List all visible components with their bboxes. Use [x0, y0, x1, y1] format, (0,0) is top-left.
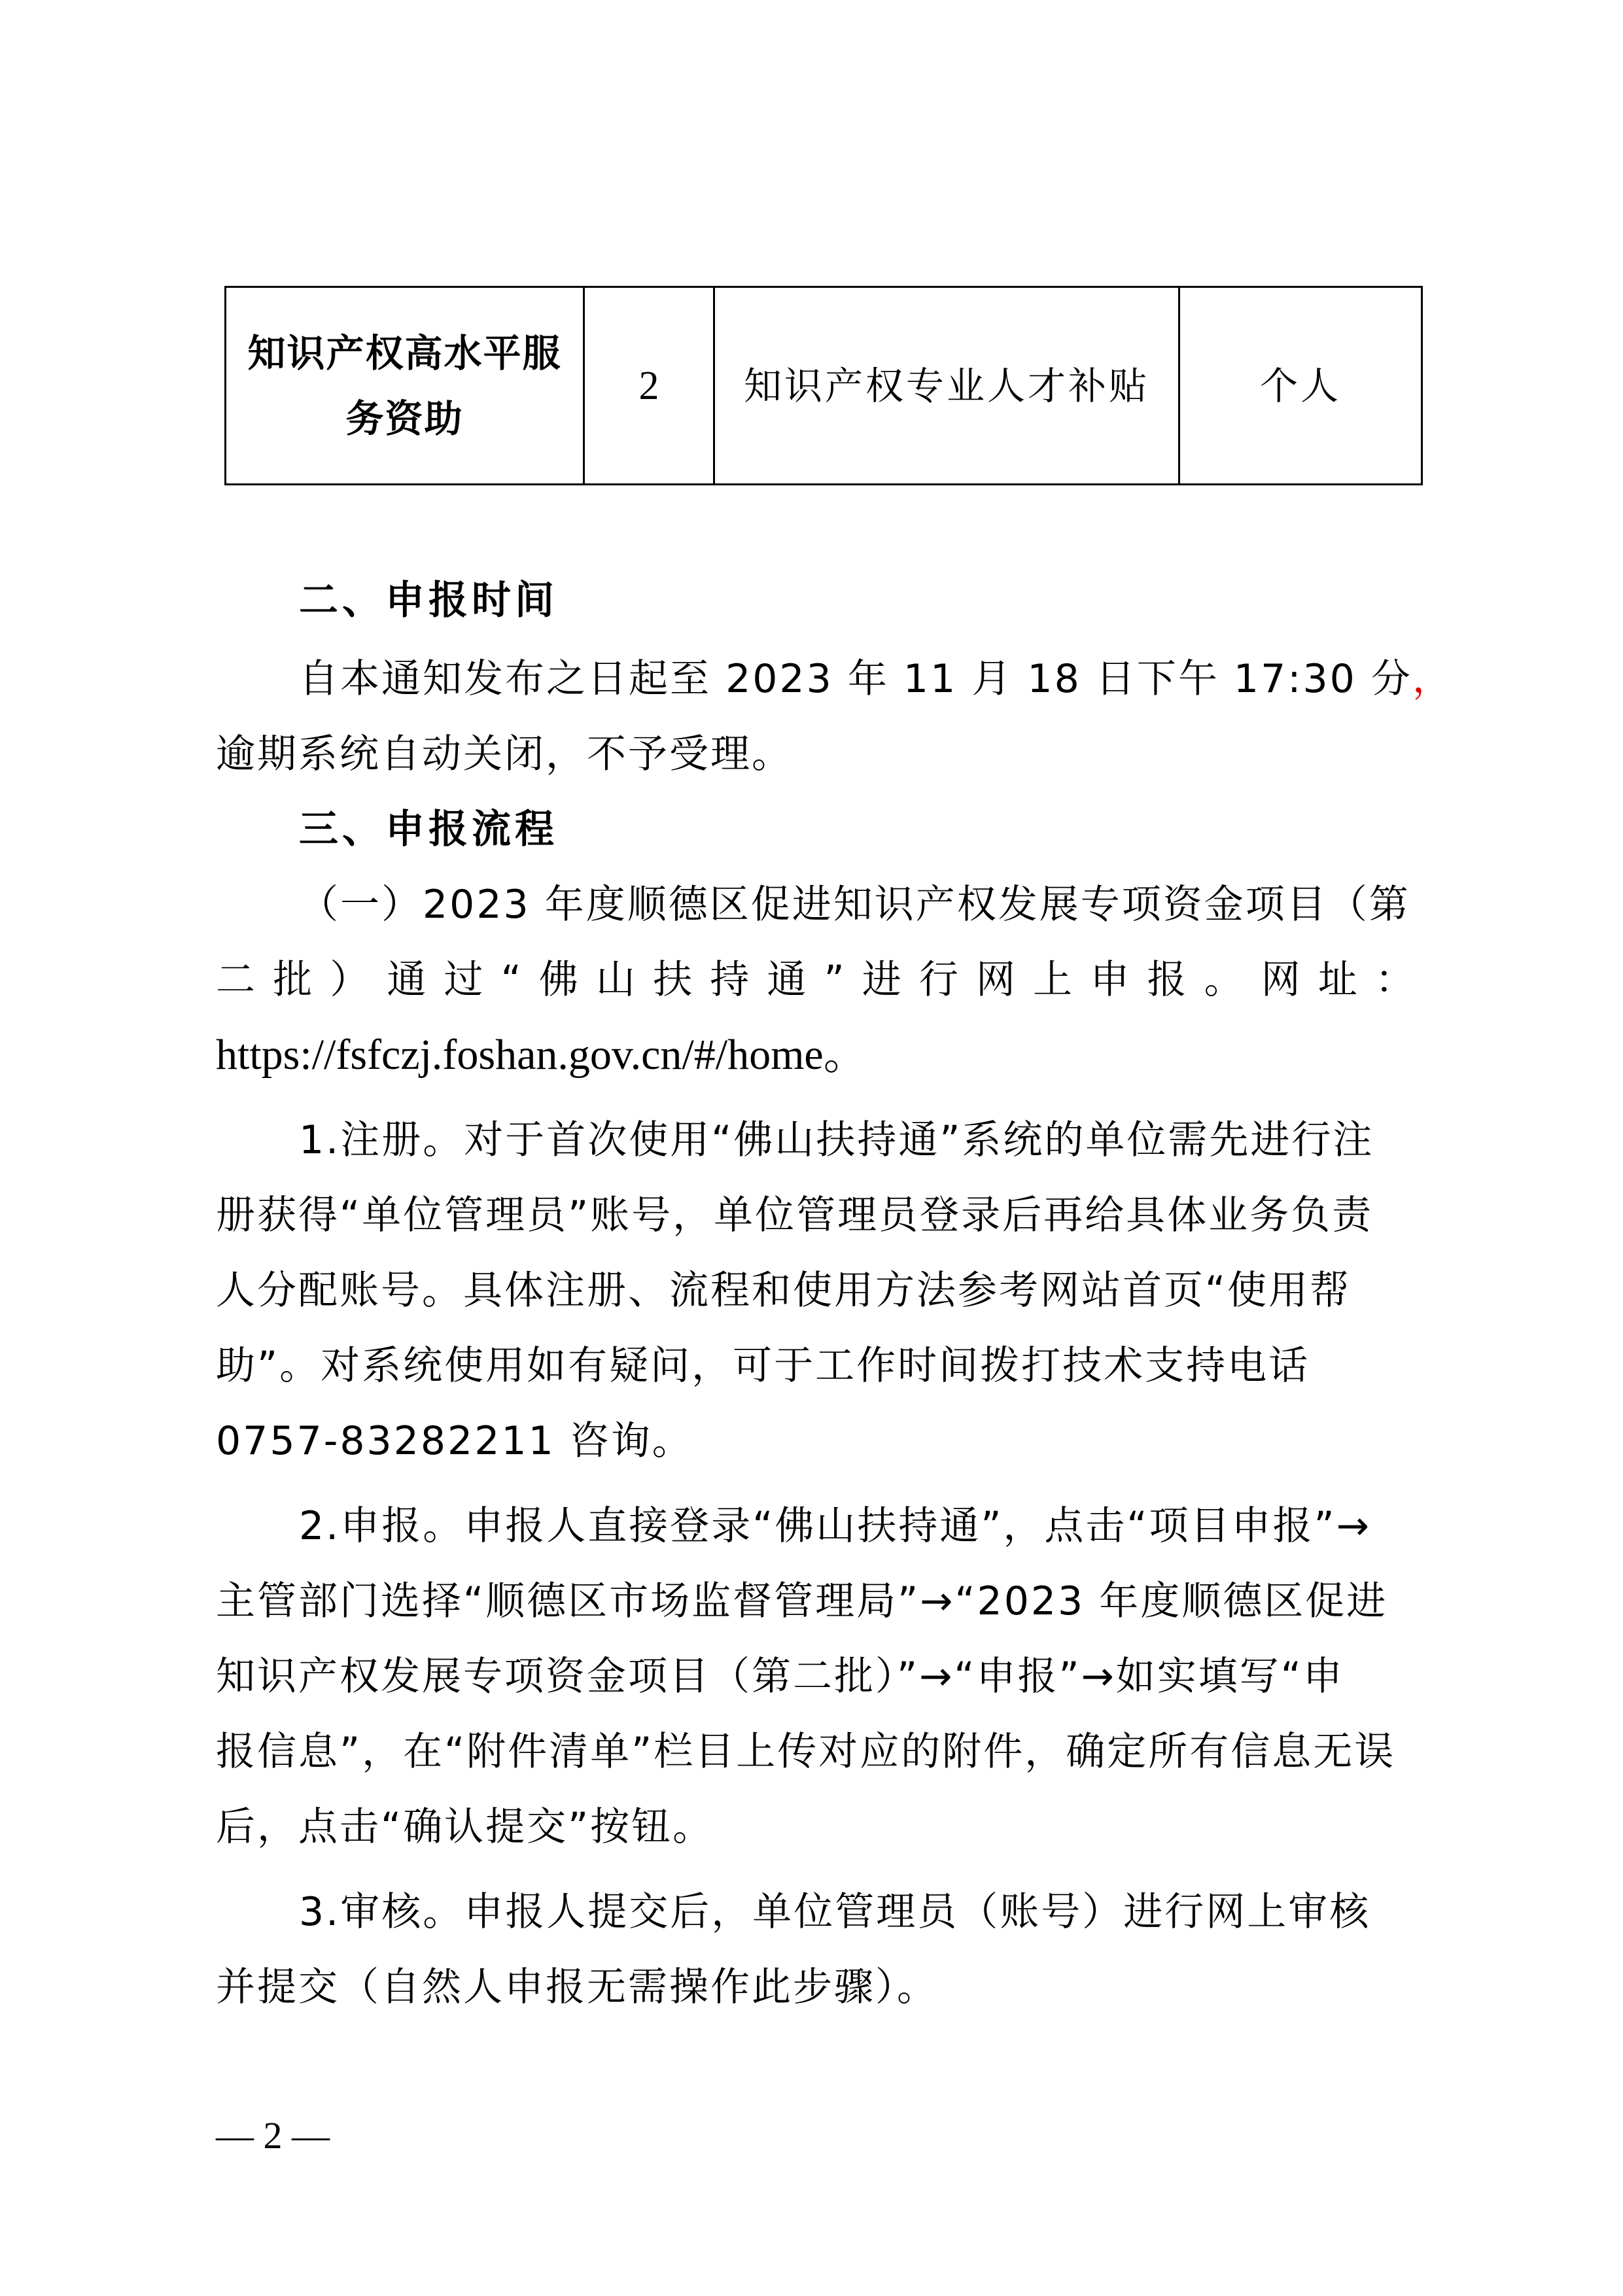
section-heading-application-time: 二、申报时间: [299, 574, 1416, 627]
paragraph-line: 二批）通过“佛山扶持通”进行网上申报。网址：: [216, 954, 1416, 1006]
support-phone-line: 0757-83282211 咨询。: [216, 1415, 1416, 1467]
paragraph-line: 人分配账号。具体注册、流程和使用方法参考网站首页“使用帮: [216, 1264, 1416, 1317]
table-cell-number: 2: [584, 287, 714, 485]
paragraph-line: 主管部门选择“顺德区市场监督管理局”→“2023 年度顺德区促进: [216, 1575, 1416, 1627]
table-cell-category: 知识产权高水平服 务资助: [226, 287, 584, 485]
paragraph-line: 报信息”，在“附件清单”栏目上传对应的附件，确定所有信息无误: [216, 1726, 1416, 1778]
table-row: 知识产权高水平服 务资助 2 知识产权专业人才补贴 个人: [226, 287, 1422, 485]
deadline-text: 自本通知发布之日起至 2023 年 11 月 18 日下午 17:30 分: [299, 656, 1412, 702]
paragraph-line: 自本通知发布之日起至 2023 年 11 月 18 日下午 17:30 分，: [299, 653, 1416, 705]
paragraph-line: （一）2023 年度顺德区促进知识产权发展专项资金项目（第: [299, 878, 1416, 931]
category-line-2: 务资助: [226, 386, 583, 451]
paragraph-line: 2.申报。申报人直接登录“佛山扶持通”，点击“项目申报”→: [299, 1500, 1416, 1552]
table-cell-item: 知识产权专业人才补贴: [714, 287, 1179, 485]
page-number: — 2 —: [216, 2110, 330, 2162]
section-heading-application-process: 三、申报流程: [299, 803, 1416, 856]
paragraph-line: 后，点击“确认提交”按钮。: [216, 1801, 1416, 1853]
paragraph-line: 3.审核。申报人提交后，单位管理员（账号）进行网上审核: [299, 1886, 1416, 1938]
funding-items-table: 知识产权高水平服 务资助 2 知识产权专业人才补贴 个人: [224, 286, 1423, 485]
paragraph-line: 助”。对系统使用如有疑问，可于工作时间拨打技术支持电话: [216, 1340, 1416, 1392]
paragraph-line: 册获得“单位管理员”账号，单位管理员登录后再给具体业务负责: [216, 1189, 1416, 1242]
paragraph-line: 1.注册。对于首次使用“佛山扶持通”系统的单位需先进行注: [299, 1114, 1416, 1166]
paragraph-line: 并提交（自然人申报无需操作此步骤）。: [216, 1961, 1416, 2013]
website-link[interactable]: https://fsfczj.foshan.gov.cn/#/home。: [216, 1029, 1416, 1081]
document-page: 知识产权高水平服 务资助 2 知识产权专业人才补贴 个人 二、申报时间 自本通知…: [0, 0, 1623, 2296]
paragraph-line: 逾期系统自动关闭，不予受理。: [216, 728, 1416, 780]
paragraph-line: 知识产权发展专项资金项目（第二批）”→“申报”→如实填写“申: [216, 1650, 1416, 1703]
table-cell-applicant: 个人: [1179, 287, 1422, 485]
red-comma: ，: [1412, 656, 1454, 702]
category-line-1: 知识产权高水平服: [226, 321, 583, 386]
